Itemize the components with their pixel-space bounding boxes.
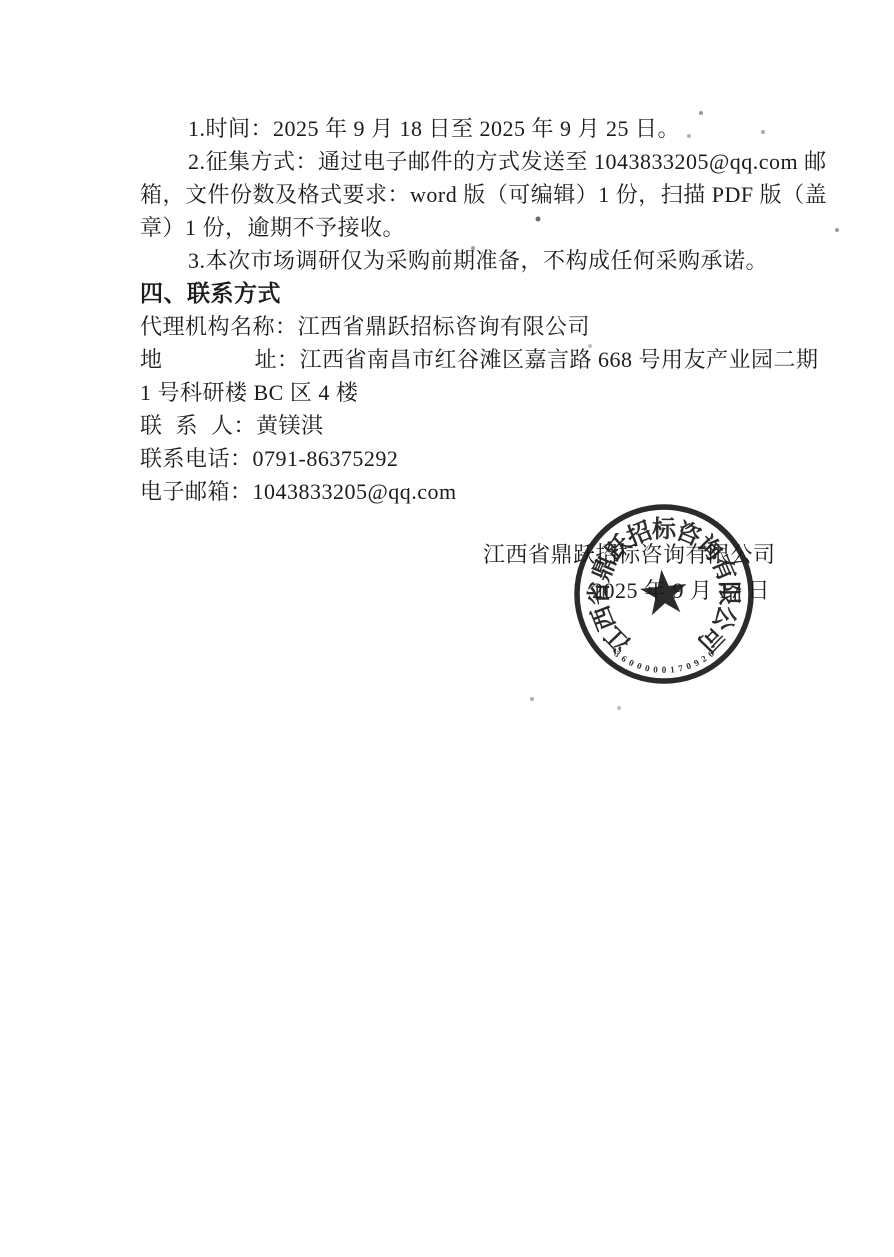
svg-text:限: 限 [715,581,742,605]
svg-text:7: 7 [677,663,684,674]
svg-text:0: 0 [627,657,636,668]
line-contact-person: 联系人：黄镁淇 [140,409,758,442]
line-agency-name: 代理机构名称：江西省鼎跃招标咨询有限公司 [140,310,758,343]
contact-person-char-2: 系 [176,413,199,438]
document-page: 1.时间：2025 年 9 月 18 日至 2025 年 9 月 25 日。 2… [0,0,894,1257]
line-collection-method-2: 箱，文件份数及格式要求：word 版（可编辑）1 份，扫描 PDF 版（盖 [140,178,758,211]
svg-text:9: 9 [692,657,701,668]
address-value: 址：江西省南昌市红谷滩区嘉言路 668 号用友产业园二期 [255,347,819,372]
line-address-1: 地址：江西省南昌市红谷滩区嘉言路 668 号用友产业园二期 [140,343,758,376]
line-collection-method-3: 章）1 份，逾期不予接收。 [140,211,758,244]
scan-noise [0,0,2,2]
line-disclaimer: 3.本次市场调研仅为采购前期准备，不构成任何采购承诺。 [140,244,758,277]
svg-text:0: 0 [636,660,644,671]
svg-text:0: 0 [685,660,693,671]
line-collection-method-1: 2.征集方式：通过电子邮件的方式发送至 1043833205@qq.com 邮 [140,145,758,178]
svg-text:0: 0 [653,664,659,674]
contact-person-value: 人：黄镁淇 [211,413,324,438]
line-time: 1.时间：2025 年 9 月 18 日至 2025 年 9 月 25 日。 [140,112,758,145]
svg-text:0: 0 [644,663,651,674]
address-label: 地 [140,347,163,372]
line-phone: 联系电话：0791-86375292 [140,442,758,475]
svg-text:6: 6 [620,653,630,664]
star-icon [640,570,686,616]
heading-contact-info: 四、联系方式 [140,277,758,310]
svg-text:0: 0 [662,665,667,675]
company-seal: 江西省鼎跃招标咨询有限公司 3600000170926 [571,501,757,687]
body-text: 1.时间：2025 年 9 月 18 日至 2025 年 9 月 25 日。 2… [140,112,758,508]
line-address-2: 1 号科研楼 BC 区 4 楼 [140,376,758,409]
contact-person-char-1: 联 [140,413,163,438]
svg-text:1: 1 [670,664,676,674]
